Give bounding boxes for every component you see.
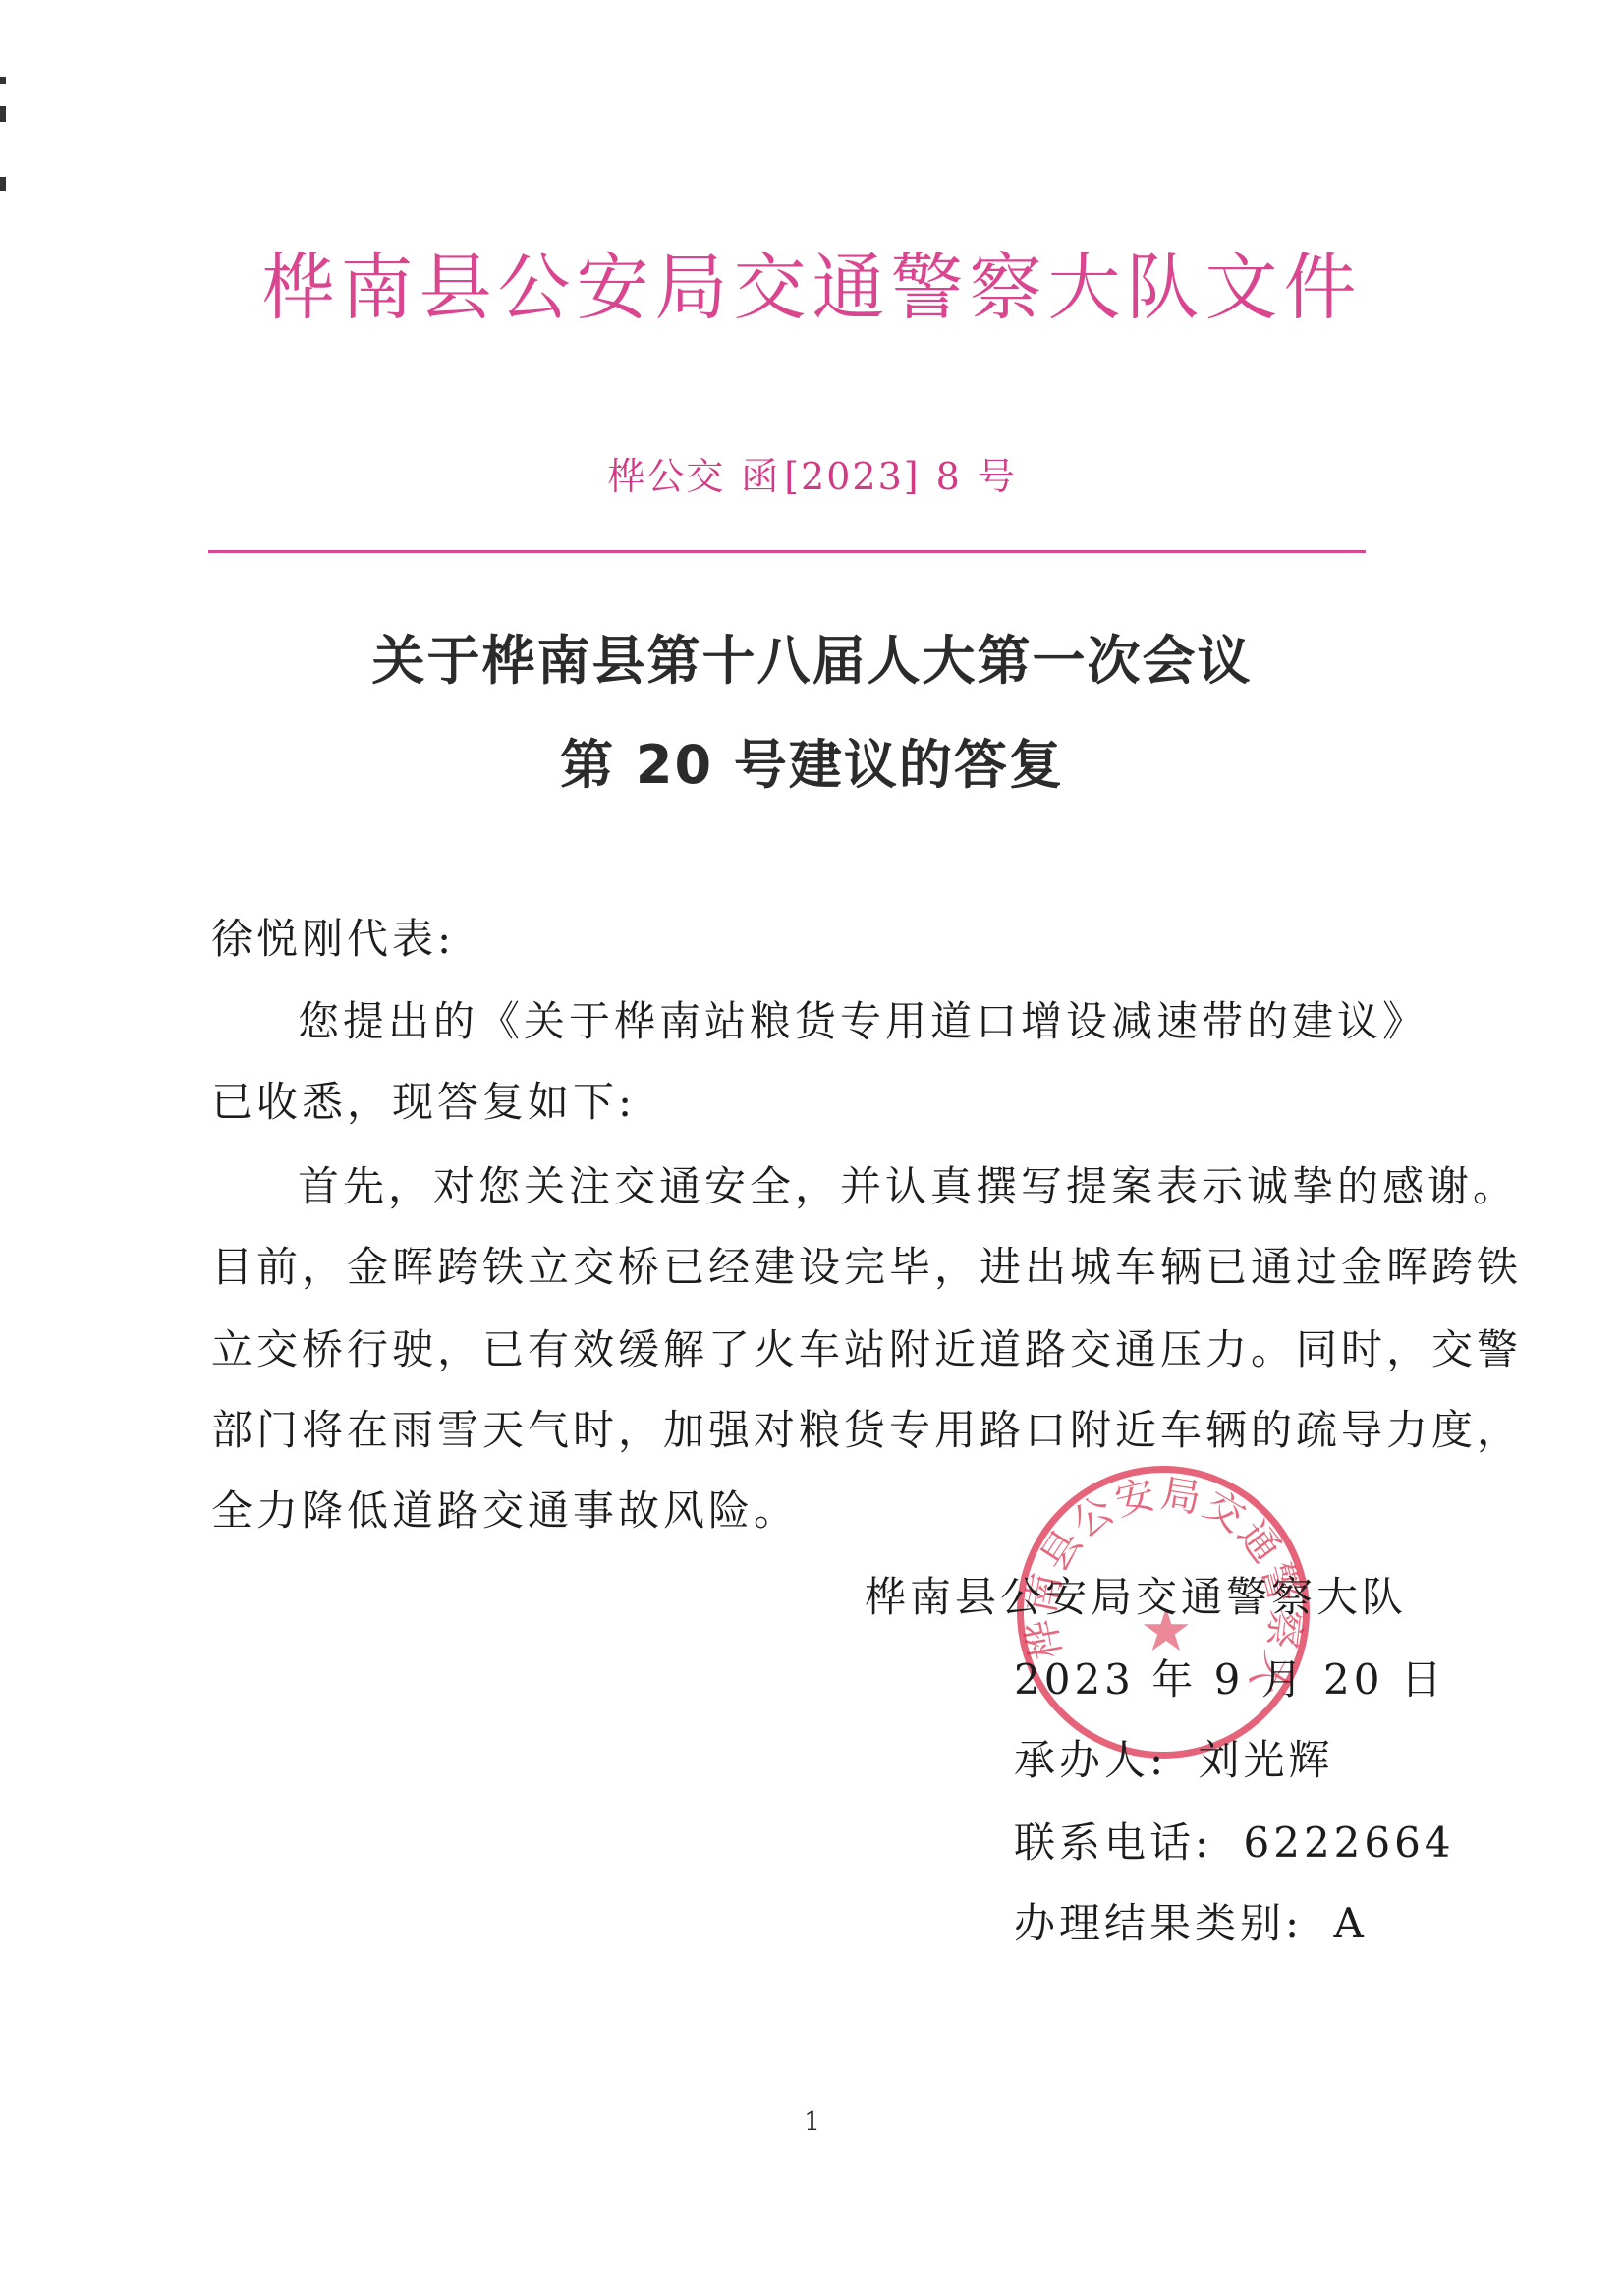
phone-line: 联系电话: 6222664 [1014,1816,1455,1871]
doc-number-type: 函 [741,455,780,498]
document-number: 桦公交函[2023]8号 [0,452,1624,501]
paragraph-2-line-4: 部门将在雨雪天气时，加强对粮货专用路口附近车辆的疏导力度， [211,1403,1415,1458]
header-divider-rule [208,550,1366,553]
doc-number-year: [2023] [784,455,920,498]
paragraph-2-line-2: 目前，金晖跨铁立交桥已经建设完毕，进出城车辆已通过金晖跨铁 [211,1240,1415,1295]
phone-number: 6222664 [1244,1819,1455,1867]
paragraph-2-line-1: 首先，对您关注交通安全，并认真撰写提案表示诚挚的感谢。 [211,1159,1501,1214]
signature-org: 桦南县公安局交通警察大队 [865,1570,1407,1625]
salutation: 徐悦刚代表: [211,912,1415,967]
doc-number-suffix: 号 [978,455,1017,498]
result-category-label: 办理结果类别: [1014,1899,1303,1947]
phone-label: 联系电话: [1014,1819,1212,1867]
paragraph-1-line-1: 您提出的《关于桦南站粮货专用道口增设减速带的建议》 [211,994,1501,1049]
org-header-title: 桦南县公安局交通警察大队文件 [0,244,1624,332]
result-category-line: 办理结果类别: A [1014,1896,1368,1951]
scan-artifact [0,77,6,84]
scan-artifact [0,106,6,122]
document-title-line-1: 关于桦南县第十八届人大第一次会议 [0,627,1624,696]
paragraph-2-line-3: 立交桥行驶，已有效缓解了火车站附近道路交通压力。同时，交警 [211,1322,1415,1377]
doc-number-num: 8 [936,455,962,498]
handler-line: 承办人: 刘光辉 [1014,1733,1334,1788]
doc-number-prefix: 桦公交 [607,455,725,498]
handler-label: 承办人: [1014,1736,1167,1784]
signature-date: 2023 年 9 月 20 日 [1014,1652,1446,1707]
result-category-value: A [1334,1899,1368,1947]
scan-artifact [0,177,6,191]
page-number: 1 [0,2107,1624,2137]
document-title-line-2: 第 20 号建议的答复 [0,731,1624,800]
handler-name: 刘光辉 [1199,1736,1334,1784]
paragraph-1-line-2: 已收悉，现答复如下: [211,1075,1415,1130]
